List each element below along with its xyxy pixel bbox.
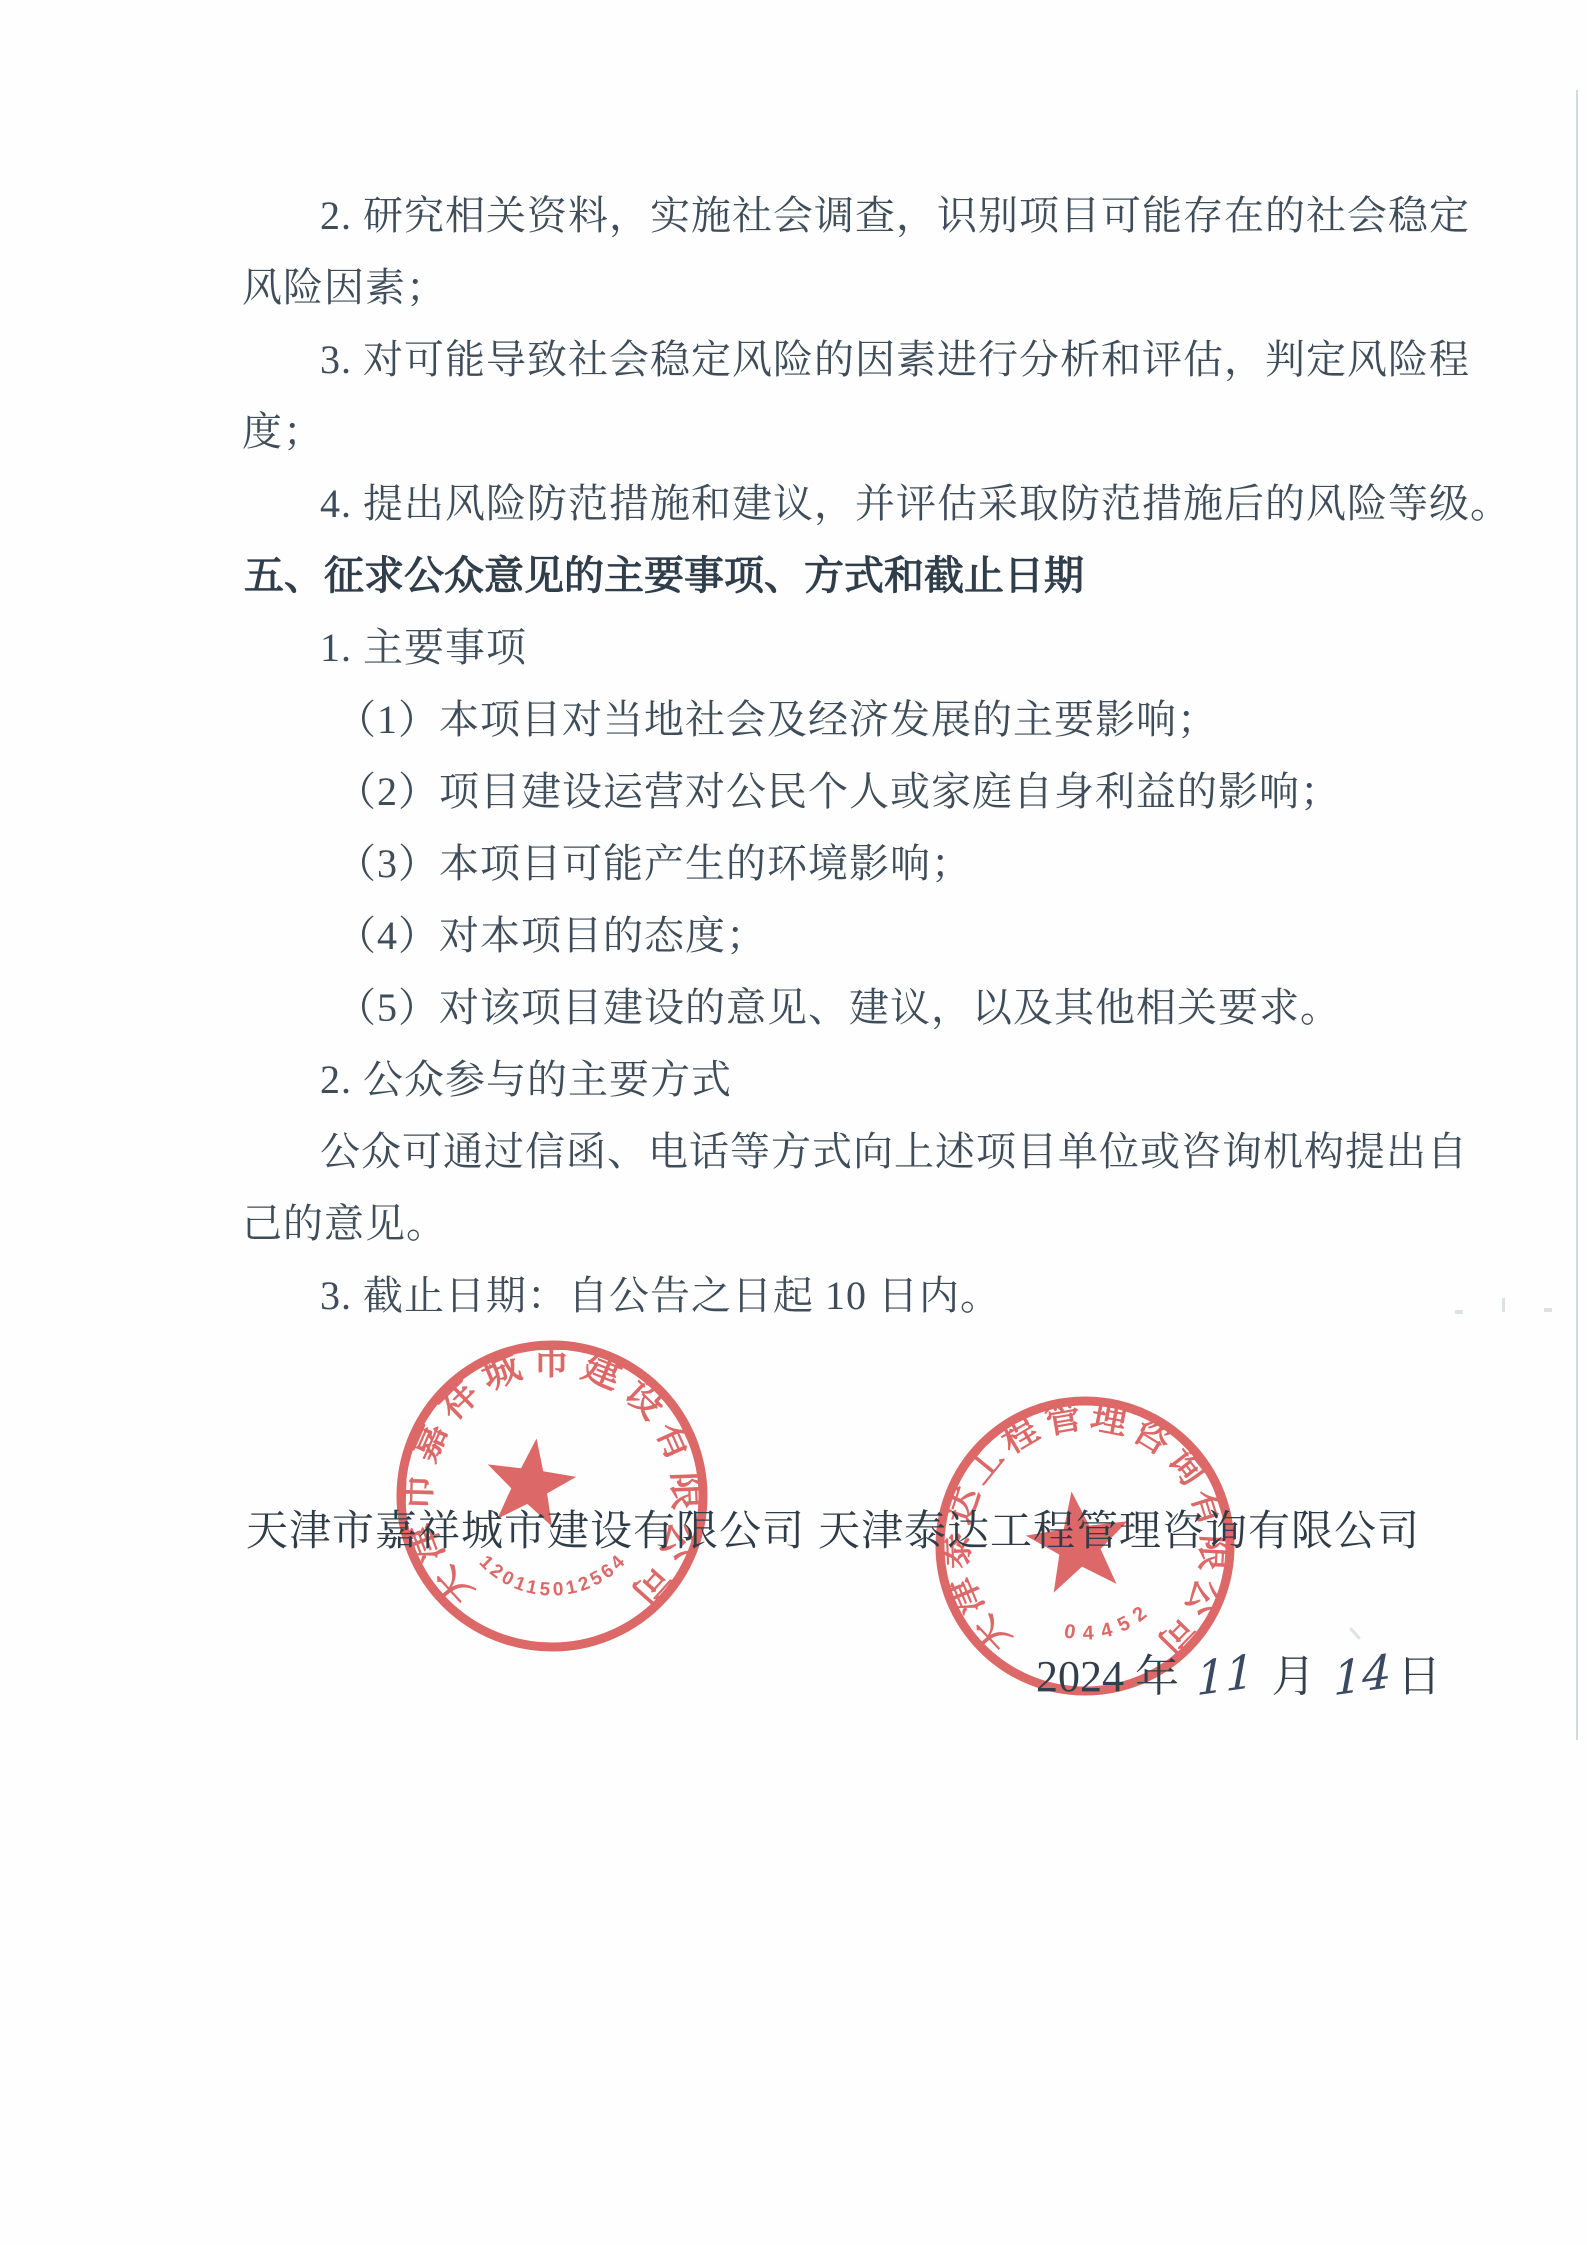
date-year-unit: [1124, 1652, 1135, 1701]
text-line: 2. 公众参与的主要方式: [0, 1044, 1500, 1116]
text-line: 3. 截止日期：自公告之日起 10 日内。: [0, 1260, 1500, 1332]
text-line: 2. 研究相关资料，实施社会调查，识别项目可能存在的社会稳定: [0, 180, 1500, 252]
text-line: 度；: [0, 396, 1500, 468]
seal-serial-number: 120115012564: [475, 1551, 629, 1600]
section-heading: 五、征求公众意见的主要事项、方式和截止日期: [0, 540, 1500, 612]
date-gap: [1179, 1652, 1190, 1701]
date-day-char: 日: [1397, 1652, 1441, 1701]
text-line: 3. 对可能导致社会稳定风险的因素进行分析和评估，判定风险程: [0, 324, 1500, 396]
scan-speck: [1544, 1308, 1552, 1312]
scan-speck: [1502, 1298, 1505, 1312]
text-line: （3）本项目可能产生的环境影响；: [0, 828, 1500, 900]
text-line: （2）项目建设运营对公民个人或家庭自身利益的影响；: [0, 756, 1500, 828]
text-line: 己的意见。: [0, 1188, 1500, 1260]
page-edge-scan-line: [1576, 90, 1578, 1740]
text-line: 1. 主要事项: [0, 612, 1500, 684]
date-month-char: 月: [1272, 1652, 1316, 1701]
svg-text:120115012564: 120115012564: [475, 1551, 629, 1600]
scan-speck: [1455, 1310, 1463, 1314]
text-line: 风险因素；: [0, 252, 1500, 324]
text-line: 4. 提出风险防范措施和建议，并评估采取防范措施后的风险等级。: [0, 468, 1500, 540]
scan-speck: [1349, 1627, 1361, 1639]
date-gap: [1316, 1652, 1327, 1701]
scanned-document-page: 2. 研究相关资料，实施社会调查，识别项目可能存在的社会稳定风险因素；3. 对可…: [0, 0, 1587, 2245]
date-line: 2024 年 11 月 14日: [1036, 1640, 1441, 1704]
company-name-left: 天津市嘉祥城市建设有限公司: [246, 1498, 805, 1558]
text-line: 公众可通过信函、电话等方式向上述项目单位或咨询机构提出自: [0, 1116, 1500, 1188]
text-line: （1）本项目对当地社会及经济发展的主要影响；: [0, 684, 1500, 756]
company-name-right: 天津泰达工程管理咨询有限公司: [818, 1498, 1420, 1558]
date-month-handwritten: 11: [1196, 1644, 1254, 1707]
date-day-handwritten: 14: [1333, 1644, 1391, 1707]
date-year-char: 年: [1135, 1652, 1179, 1701]
date-gap: [1261, 1652, 1272, 1701]
text-line: （5）对该项目建设的意见、建议，以及其他相关要求。: [0, 972, 1500, 1044]
document-text: 2. 研究相关资料，实施社会调查，识别项目可能存在的社会稳定风险因素；3. 对可…: [0, 180, 1500, 1332]
text-line: （4）对本项目的态度；: [0, 900, 1500, 972]
date-year: 2024: [1036, 1652, 1124, 1701]
company-seal-left: 天津市嘉祥城市建设有限公司 120115012564: [392, 1336, 712, 1656]
